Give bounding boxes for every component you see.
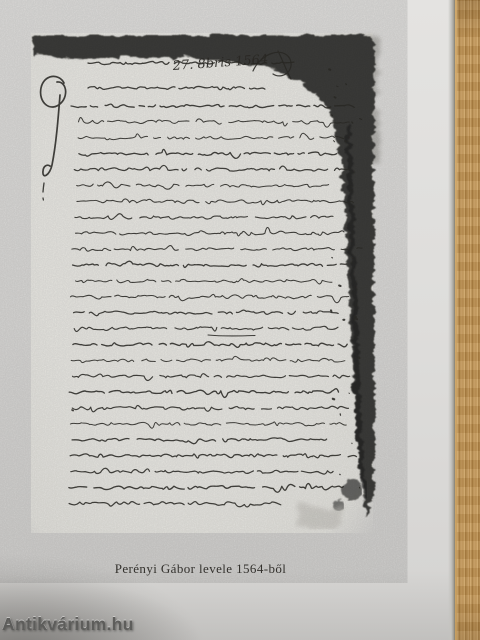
letter-photograph: 27. 8bris 1564 (31, 33, 373, 533)
page-edge (448, 0, 455, 640)
manuscript-image: 27. 8bris 1564 (31, 33, 373, 533)
book-page-scan: 27. 8bris 1564 Perényi Gábor levele 1564… (0, 0, 480, 640)
antikvarium-watermark-logo: Antikvárium.hu (2, 614, 134, 635)
wooden-table-edge (455, 0, 480, 640)
figure-caption: Perényi Gábor levele 1564-ből (0, 561, 428, 577)
scan-grain-texture (31, 33, 373, 533)
corner-shadow (0, 545, 280, 640)
book-page: 27. 8bris 1564 Perényi Gábor levele 1564… (0, 0, 455, 640)
